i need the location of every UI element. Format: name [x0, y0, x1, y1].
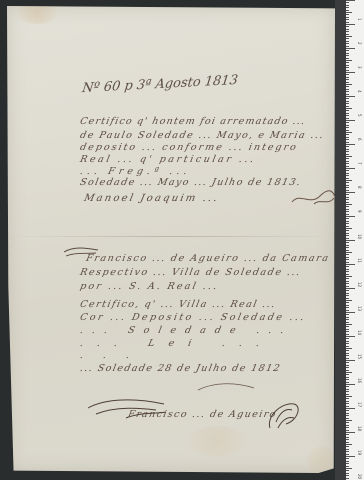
ruler-tick	[346, 19, 349, 20]
ruler-tick	[346, 5, 349, 6]
ruler-tick	[346, 298, 349, 299]
ruler-tick	[346, 163, 349, 164]
ruler-tick	[346, 242, 349, 243]
ruler-tick	[346, 158, 349, 159]
date-underline-flourish	[196, 382, 256, 394]
ruler-tick	[346, 10, 349, 11]
ruler-tick	[346, 235, 349, 236]
ruler-tick	[346, 91, 349, 92]
ruler-tick	[346, 216, 355, 217]
ruler-tick	[346, 451, 349, 452]
ruler-tick	[346, 115, 349, 116]
ruler-tick	[346, 437, 349, 438]
ruler-tick	[346, 391, 349, 392]
ruler-tick	[346, 50, 349, 51]
ruler-tick	[346, 463, 349, 464]
ruler-tick	[346, 245, 349, 246]
ruler-tick	[346, 77, 349, 78]
text-line: Real ... q' particular ...	[79, 155, 257, 165]
ruler-tick	[346, 166, 349, 167]
ruler-tick	[346, 322, 349, 323]
ruler-tick	[346, 43, 349, 44]
paper-stain	[307, 446, 337, 476]
ruler-tick	[346, 146, 349, 147]
ruler-tick	[346, 418, 349, 419]
ruler-tick	[346, 367, 349, 368]
ruler-label: 12	[357, 282, 362, 287]
ruler-label: 19	[357, 450, 362, 455]
ruler-tick	[346, 461, 349, 462]
ruler-tick	[346, 346, 349, 347]
ruler-tick	[346, 336, 355, 337]
ruler-tick	[346, 149, 349, 150]
ruler-tick	[346, 326, 349, 327]
ruler-tick	[346, 14, 349, 15]
ruler-tick	[346, 274, 349, 275]
text-line: por ... S. A. Real ...	[79, 282, 220, 292]
ruler-tick	[346, 454, 349, 455]
ruler-tick	[346, 17, 349, 18]
ruler-tick	[346, 132, 352, 133]
text-line: Certifico q' hontem foi arrematado ...	[79, 117, 306, 127]
ruler-label: 1	[357, 18, 362, 21]
ruler-tick	[346, 178, 349, 179]
ruler-tick	[346, 192, 355, 193]
ruler-tick	[346, 175, 349, 176]
ruler-tick	[346, 118, 349, 119]
ruler-tick	[346, 365, 349, 366]
ruler-tick	[346, 475, 349, 476]
ruler-tick	[346, 324, 352, 325]
ruler-tick	[346, 422, 349, 423]
ruler-tick	[346, 194, 349, 195]
ruler-tick	[346, 139, 349, 140]
ruler-tick	[346, 305, 349, 306]
ruler-tick	[346, 209, 349, 210]
ruler-tick	[346, 134, 349, 135]
ruler-tick	[346, 62, 349, 63]
ruler-tick	[346, 394, 349, 395]
ruler-tick	[346, 187, 349, 188]
ruler-tick	[346, 386, 349, 387]
ruler-tick	[346, 228, 352, 229]
ruler-tick	[346, 350, 349, 351]
ruler-tick	[346, 144, 355, 145]
text-line: deposito ... conforme ... integro	[79, 143, 299, 153]
ruler-tick	[346, 362, 349, 363]
ruler-label: 13	[357, 306, 362, 311]
ruler-tick	[346, 278, 349, 279]
ruler-tick	[346, 377, 349, 378]
ruler-tick	[346, 22, 349, 23]
ruler-tick	[346, 58, 349, 59]
ruler-tick	[346, 101, 349, 102]
ruler-tick	[346, 444, 352, 445]
ruler-tick	[346, 110, 349, 111]
ruler-tick	[346, 478, 349, 479]
ruler-tick	[346, 439, 349, 440]
ruler-tick	[346, 41, 349, 42]
ruler-tick	[346, 240, 355, 241]
paper-stain	[187, 426, 247, 456]
ruler-label: 8	[357, 186, 362, 189]
ruler-tick	[346, 38, 349, 39]
ruler-label: 9	[357, 210, 362, 213]
ruler-tick	[346, 173, 349, 174]
ruler-tick	[346, 358, 349, 359]
ruler-tick	[346, 468, 352, 469]
ruler-tick	[346, 307, 349, 308]
ruler-label: 15	[357, 354, 362, 359]
text-line: Respectivo ... Villa de Soledade ...	[79, 268, 302, 278]
measuring-ruler: 1234567891011121314151617181920	[346, 0, 364, 480]
ruler-tick	[346, 206, 349, 207]
ruler-tick	[346, 370, 349, 371]
ruler-tick	[346, 449, 349, 450]
ruler-tick	[346, 29, 349, 30]
ruler-tick	[346, 137, 349, 138]
ruler-tick	[346, 60, 352, 61]
ruler-tick	[346, 190, 349, 191]
ruler-tick	[346, 34, 349, 35]
ruler-tick	[346, 319, 349, 320]
ruler-tick	[346, 348, 352, 349]
ruler-tick	[346, 288, 355, 289]
ruler-tick	[346, 293, 349, 294]
ruler-label: 6	[357, 138, 362, 141]
ruler-tick	[346, 197, 349, 198]
ruler-tick	[346, 317, 349, 318]
ruler-shadow	[335, 0, 346, 480]
ruler-tick	[346, 382, 349, 383]
ruler-tick	[346, 31, 349, 32]
ruler-label: 2	[357, 42, 362, 45]
text-line: ... Freg.ª ...	[79, 167, 192, 177]
signature-name: Francisco ... de Agueiro	[127, 410, 278, 420]
ruler-tick	[346, 24, 355, 25]
ruler-tick	[346, 264, 355, 265]
ruler-tick	[346, 108, 352, 109]
paper-fold-line	[8, 236, 334, 237]
ruler-tick	[346, 218, 349, 219]
text-line: ...	[79, 351, 150, 361]
text-line: Francisco ... de Agueiro ... da Camara	[85, 254, 331, 264]
ruler-label: 16	[357, 378, 362, 383]
ruler-tick	[346, 89, 349, 90]
ruler-tick	[346, 86, 349, 87]
ruler-tick	[346, 122, 349, 123]
ruler-tick	[346, 74, 349, 75]
ruler-tick	[346, 276, 352, 277]
ruler-tick	[346, 170, 349, 171]
ruler-label: 18	[357, 426, 362, 431]
ruler-tick	[346, 262, 349, 263]
ruler-tick	[346, 379, 349, 380]
ruler-tick	[346, 2, 349, 3]
ruler-tick	[346, 250, 349, 251]
ruler-tick	[346, 168, 355, 169]
ruler-tick	[346, 355, 349, 356]
ruler-tick	[346, 310, 349, 311]
ruler-tick	[346, 120, 355, 121]
ruler-label: 11	[357, 258, 362, 263]
ruler-tick	[346, 446, 349, 447]
ruler-tick	[346, 314, 349, 315]
ruler-tick	[346, 271, 349, 272]
ruler-tick	[346, 233, 349, 234]
ruler-tick	[346, 67, 349, 68]
text-line: de Paulo Soledade ... Mayo, e Maria ...	[79, 131, 325, 141]
ruler-tick	[346, 427, 349, 428]
ruler-tick	[346, 214, 349, 215]
text-line: ... Soledade 28 de Julho de 1812	[79, 364, 282, 374]
ruler-tick	[346, 374, 349, 375]
ruler-tick	[346, 46, 349, 47]
ruler-tick	[346, 98, 349, 99]
ruler-tick	[346, 341, 349, 342]
ruler-tick	[346, 103, 349, 104]
ruler-tick	[346, 338, 349, 339]
ruler-tick	[346, 329, 349, 330]
text-line: Certifico, q' ... Villa ... Real ...	[79, 300, 277, 310]
ruler-tick	[346, 254, 349, 255]
ruler-tick	[346, 142, 349, 143]
ruler-tick	[346, 425, 349, 426]
ruler-label: 17	[357, 402, 362, 407]
ruler-tick	[346, 334, 349, 335]
ruler-tick	[346, 259, 349, 260]
text-line: Soledade ... Mayo ... Julho de 1813.	[79, 178, 302, 188]
ruler-tick	[346, 180, 352, 181]
ruler-tick	[346, 281, 349, 282]
ruler-tick	[346, 7, 349, 8]
ruler-tick	[346, 202, 349, 203]
ruler-tick	[346, 185, 349, 186]
ruler-tick	[346, 53, 349, 54]
ruler-tick	[346, 302, 349, 303]
ruler-tick	[346, 343, 349, 344]
ruler-tick	[346, 372, 352, 373]
ruler-tick	[346, 106, 349, 107]
ruler-tick	[346, 72, 355, 73]
ruler-tick	[346, 406, 349, 407]
ruler-tick	[346, 252, 352, 253]
scan-background: Nº 60 p 3ª Agosto 1813 Certifico q' hont…	[0, 0, 364, 480]
ruler-tick	[346, 420, 352, 421]
signature-line: Manoel Joaquim ...	[83, 194, 220, 204]
ruler-tick	[346, 84, 352, 85]
ruler-tick	[346, 430, 349, 431]
ruler-tick	[346, 466, 349, 467]
ruler-label: 7	[357, 162, 362, 165]
ruler-tick	[346, 221, 349, 222]
ruler-tick	[346, 415, 349, 416]
ruler-tick	[346, 125, 349, 126]
ruler-tick	[346, 55, 349, 56]
ruler-tick	[346, 12, 352, 13]
ruler-label: 5	[357, 114, 362, 117]
ruler-tick	[346, 154, 349, 155]
paper-stain	[17, 2, 57, 24]
ruler-label: 10	[357, 234, 362, 239]
ruler-tick	[346, 247, 349, 248]
ruler-tick	[346, 300, 352, 301]
ruler-tick	[346, 312, 355, 313]
ruler-tick	[346, 290, 349, 291]
ruler-tick	[346, 283, 349, 284]
text-line: ... Lei ...	[79, 339, 274, 349]
ruler-tick	[346, 266, 349, 267]
ruler-tick	[346, 48, 355, 49]
ruler-tick	[346, 223, 349, 224]
ruler-tick	[346, 408, 355, 409]
ruler-tick	[346, 211, 349, 212]
ruler-tick	[346, 473, 349, 474]
ruler-tick	[346, 389, 349, 390]
ruler-tick	[346, 226, 349, 227]
ruler-tick	[346, 182, 349, 183]
ruler-tick	[346, 331, 349, 332]
ruler-tick	[346, 36, 352, 37]
ruler-tick	[346, 434, 349, 435]
ruler-tick	[346, 65, 349, 66]
ruler-tick	[346, 230, 349, 231]
ruler-tick	[346, 199, 349, 200]
ruler-tick	[346, 401, 349, 402]
ruler-tick	[346, 96, 355, 97]
ruler-tick	[346, 456, 355, 457]
ruler-tick	[346, 161, 349, 162]
ruler-tick	[346, 82, 349, 83]
ruler-tick	[346, 156, 352, 157]
ruler-tick	[346, 257, 349, 258]
ruler-tick	[346, 413, 349, 414]
ruler-tick	[346, 0, 355, 1]
signature-rubric	[264, 398, 304, 434]
ruler-tick	[346, 410, 349, 411]
ruler-tick	[346, 432, 355, 433]
ruler-tick	[346, 295, 349, 296]
ruler-tick	[346, 94, 349, 95]
ruler-tick	[346, 403, 349, 404]
ruler-tick	[346, 442, 349, 443]
ruler-tick	[346, 26, 349, 27]
ruler-tick	[346, 113, 349, 114]
ruler-tick	[346, 398, 349, 399]
ruler-tick	[346, 238, 349, 239]
ruler-tick	[346, 127, 349, 128]
ruler-tick	[346, 286, 349, 287]
ruler-tick	[346, 458, 349, 459]
ruler-tick	[346, 353, 349, 354]
ruler-tick	[346, 204, 352, 205]
ruler-tick	[346, 70, 349, 71]
ruler-tick	[346, 470, 349, 471]
ruler-label: 3	[357, 66, 362, 69]
ruler-label: 14	[357, 330, 362, 335]
ruler-tick	[346, 79, 349, 80]
ruler-tick	[346, 384, 355, 385]
ruler-tick	[346, 151, 349, 152]
ruler-label: 4	[357, 90, 362, 93]
ruler-tick	[346, 269, 349, 270]
signature-flourish	[290, 188, 340, 210]
ruler-tick	[346, 396, 352, 397]
ruler-tick	[346, 130, 349, 131]
ruler-tick	[346, 360, 355, 361]
text-line: Cor ... Deposito ... Soledade ...	[79, 313, 307, 323]
ruler-label: 20	[357, 474, 362, 479]
text-line: ... Soledade ...	[79, 326, 294, 336]
